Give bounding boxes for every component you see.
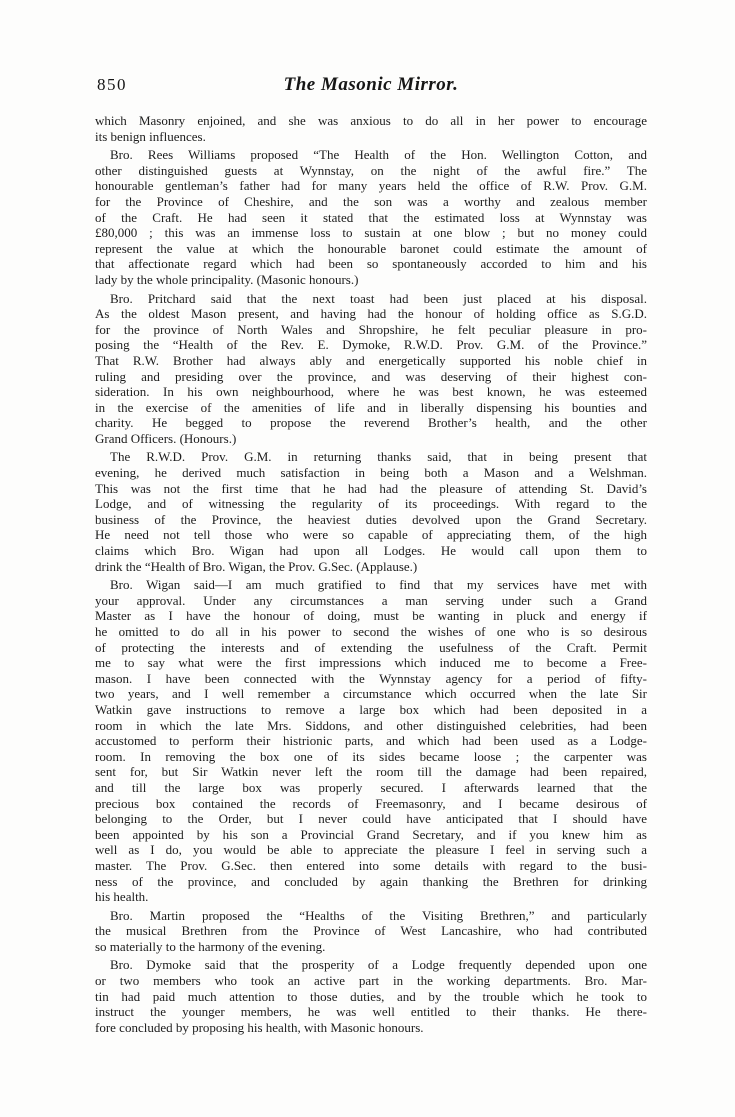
text-line: As the oldest Mason present, and having … xyxy=(95,306,647,322)
text-line: This was not the first time that he had … xyxy=(95,481,647,497)
text-line: so materially to the harmony of the even… xyxy=(95,939,647,955)
text-line: its benign influences. xyxy=(95,129,647,145)
text-line: he omitted to do all in his power to sec… xyxy=(95,624,647,640)
text-line: £80,000 ; this was an immense loss to su… xyxy=(95,225,647,241)
text-line: business of the Province, the heaviest d… xyxy=(95,512,647,528)
paragraph: which Masonry enjoined, and she was anxi… xyxy=(95,113,647,144)
text-line: sent for, but Sir Watkin never left the … xyxy=(95,764,647,780)
text-line: Bro. Dymoke said that the prosperity of … xyxy=(95,957,647,973)
text-line: room. In removing the box one of its sid… xyxy=(95,749,647,765)
text-line: in the exercise of the amenities of life… xyxy=(95,400,647,416)
text-line: precious box contained the records of Fr… xyxy=(95,796,647,812)
text-line: of the Craft. He had seen it stated that… xyxy=(95,210,647,226)
text-line: Master as I have the honour of doing, mu… xyxy=(95,608,647,624)
text-line: accustomed to perform their histrionic p… xyxy=(95,733,647,749)
text-line: drink the “Health of Bro. Wigan, the Pro… xyxy=(95,559,647,575)
text-line: other distinguished guests at Wynnstay, … xyxy=(95,163,647,179)
journal-title: The Masonic Mirror. xyxy=(95,74,647,96)
text-line: Bro. Martin proposed the “Healths of the… xyxy=(95,908,647,924)
text-line: that affectionate regard which had been … xyxy=(95,256,647,272)
text-line: his health. xyxy=(95,889,647,905)
text-line: for the Province of Cheshire, and the so… xyxy=(95,194,647,210)
page-number: 850 xyxy=(97,75,127,95)
paragraph: Bro. Wigan said—I am much gratified to f… xyxy=(95,577,647,904)
scanned-page: 850 The Masonic Mirror. which Masonry en… xyxy=(0,0,735,1117)
text-line: Watkin gave instructions to remove a lar… xyxy=(95,702,647,718)
text-line: me to say what were the first impression… xyxy=(95,655,647,671)
text-line: well as I do, you would be able to appre… xyxy=(95,842,647,858)
text-line: represent the value at which the honoura… xyxy=(95,241,647,257)
text-line: for the province of North Wales and Shro… xyxy=(95,322,647,338)
paragraph: Bro. Martin proposed the “Healths of the… xyxy=(95,908,647,955)
text-line: been appointed by his son a Provincial G… xyxy=(95,827,647,843)
text-line: room in which the late Mrs. Siddons, and… xyxy=(95,718,647,734)
text-line: The R.W.D. Prov. G.M. in returning thank… xyxy=(95,449,647,465)
text-line: or two members who took an active part i… xyxy=(95,973,647,989)
text-line: fore concluded by proposing his health, … xyxy=(95,1020,647,1036)
text-line: ruling and presiding over the province, … xyxy=(95,369,647,385)
text-line: sideration. In his own neighbourhood, wh… xyxy=(95,384,647,400)
text-line: tin had paid much attention to those dut… xyxy=(95,989,647,1005)
text-line: posing the “Health of the Rev. E. Dymoke… xyxy=(95,337,647,353)
paragraph: The R.W.D. Prov. G.M. in returning thank… xyxy=(95,449,647,574)
text-line: and till the large box was properly secu… xyxy=(95,780,647,796)
text-line: lady by the whole principality. (Masonic… xyxy=(95,272,647,288)
text-line: charity. He begged to propose the revere… xyxy=(95,415,647,431)
text-line: your approval. Under any circumstances a… xyxy=(95,593,647,609)
text-line: Bro. Wigan said—I am much gratified to f… xyxy=(95,577,647,593)
text-line: That R.W. Brother had always ably and en… xyxy=(95,353,647,369)
text-line: the musical Brethren from the Province o… xyxy=(95,923,647,939)
text-line: two years, and I well remember a circums… xyxy=(95,686,647,702)
paragraph: Bro. Rees Williams proposed “The Health … xyxy=(95,147,647,287)
paragraph: Bro. Pritchard said that the next toast … xyxy=(95,291,647,447)
text-line: evening, he derived much satisfaction in… xyxy=(95,465,647,481)
text-line: claims which Bro. Wigan had upon all Lod… xyxy=(95,543,647,559)
paragraph: Bro. Dymoke said that the prosperity of … xyxy=(95,957,647,1035)
text-line: belonging to the Order, but I never coul… xyxy=(95,811,647,827)
article-body: which Masonry enjoined, and she was anxi… xyxy=(95,113,647,1038)
text-line: which Masonry enjoined, and she was anxi… xyxy=(95,113,647,129)
text-line: ness of the province, and concluded by a… xyxy=(95,874,647,890)
text-line: He need not tell those who were so capab… xyxy=(95,527,647,543)
text-line: Lodge, and of witnessing the regularity … xyxy=(95,496,647,512)
text-line: mason. I have been connected with the Wy… xyxy=(95,671,647,687)
text-line: Grand Officers. (Honours.) xyxy=(95,431,647,447)
text-line: honourable gentleman’s father had for ma… xyxy=(95,178,647,194)
text-line: Bro. Rees Williams proposed “The Health … xyxy=(95,147,647,163)
text-line: master. The Prov. G.Sec. then entered in… xyxy=(95,858,647,874)
text-line: Bro. Pritchard said that the next toast … xyxy=(95,291,647,307)
text-line: of protecting the interests and of exten… xyxy=(95,640,647,656)
text-line: instruct the younger members, he was wel… xyxy=(95,1004,647,1020)
page-header: 850 The Masonic Mirror. xyxy=(95,74,647,100)
